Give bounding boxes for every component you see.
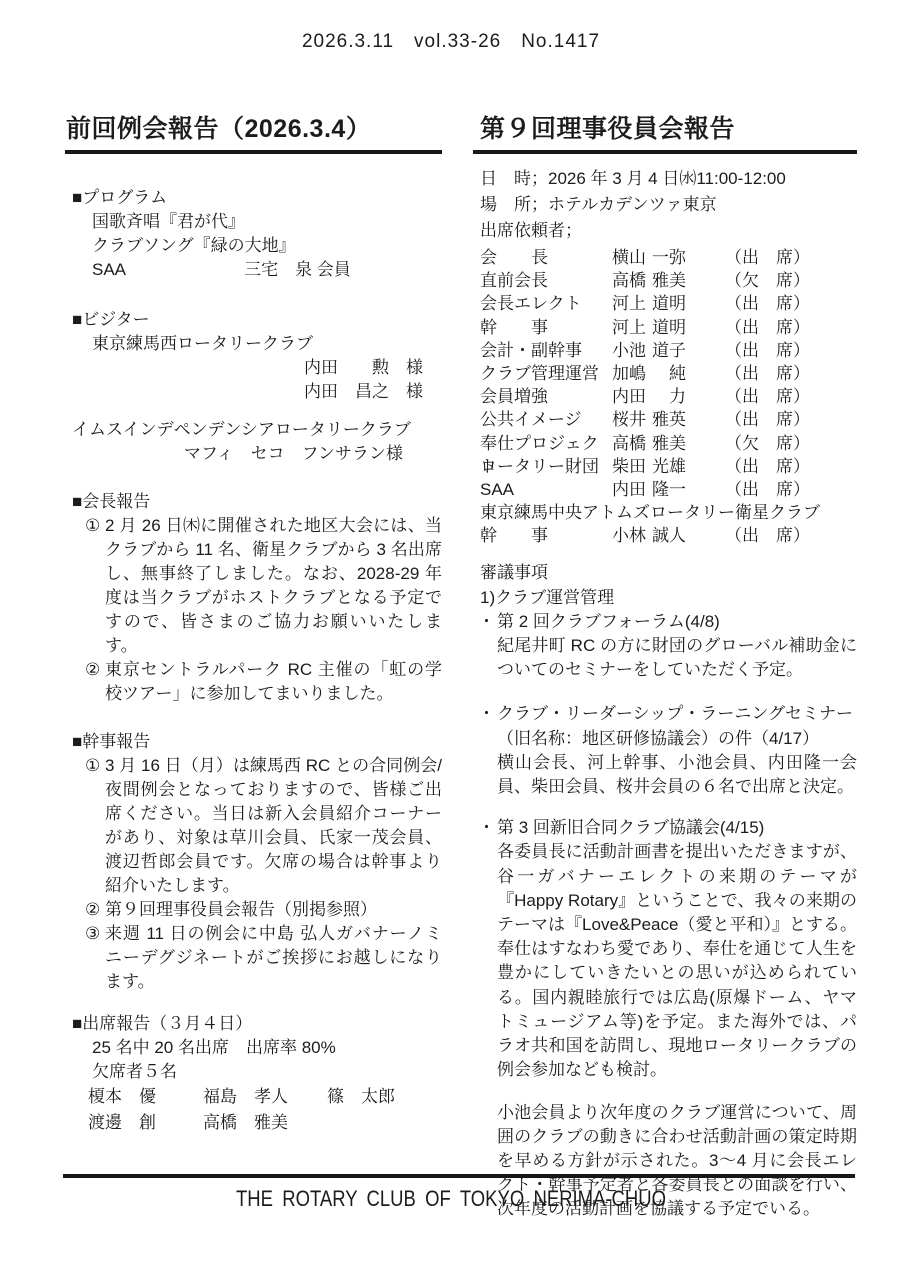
board-attendee-row: SAA 内田隆一 （出 席） [480,478,857,501]
attendee-name: 高橋雅美 [612,269,686,292]
visitor-guest: マフィ セコ フンサラン様 [65,442,442,466]
program-line: クラブソング『緑の大地』 [65,234,442,258]
attendee-status: （出 席） [725,385,857,408]
issue-date-line: 2026.3.11 vol.33-26 No.1417 [0,26,902,53]
board-attendee-row: 公共イメージ 桜井雅英 （出 席） [480,408,857,431]
secretary-report-items: ① 3 月 16 日（月）は練馬西 RC との合同例会/夜間例会となっております… [65,754,442,994]
footer-divider [63,1174,855,1178]
item-marker: ① [85,514,100,538]
visitor-guest: 内田 勲 様 [65,356,442,380]
attendee-status: （出 席） [725,524,857,547]
board-attendee-row: 奉仕プロジェクト 高橋雅美 （欠 席） [480,432,857,455]
attendee-family-name: 小林 [612,524,646,547]
agenda-item-body: 各委員長に活動計画書を提出いただきますが、谷一ガバナーエレクトの来期のテーマが『… [497,840,857,1082]
bullet-icon: ・ [478,610,495,634]
attendee-role: クラブ管理運営 [480,362,612,385]
visitor-club: イムスインデペンデンシアロータリークラブ [65,418,442,442]
item-marker: ② [85,898,100,922]
report-item: ③ 来週 11 日の例会に中島 弘人ガバナーノミニーデグジネートがご挨拶にお越し… [85,922,442,994]
attendee-name: 河上道明 [612,292,686,315]
absentee-row: 榎本 優 福島 孝人 篠 太郎 [65,1084,442,1110]
attendee-family-name: 河上 [612,292,646,315]
attendee-name: 小林誠人 [612,524,686,547]
attendee-given-name: 隆一 [652,478,686,501]
attendee-given-name: 道明 [652,316,686,339]
attendee-given-name: 誠人 [652,524,686,547]
attendee-name: 内田隆一 [612,478,686,501]
footer-club-name: THE ROTARY CLUB OF TOKYO NERIMA-CHUO [0,1186,902,1212]
meeting-info: 日 時；2026 年 3 月 4 日㈬11:00-12:00 場 所；ホテルカデ… [473,166,857,244]
absentee-name: 榎本 優 [88,1084,203,1110]
agenda-item: ・ 第 2 回クラブフォーラム(4/8) 紀尾井町 RC の方に財団のグローバル… [480,610,857,683]
attendee-family-name: 加嶋 [612,362,646,385]
attendee-given-name: 道明 [652,292,686,315]
attendee-status: （出 席） [725,455,857,478]
attendee-status: （出 席） [725,316,857,339]
agenda-item-body: 紀尾井町 RC の方に財団のグローバル補助金についてのセミナーをしていただく予定… [497,634,857,682]
attendee-role: 直前会長 [480,269,612,292]
program-heading: ■プログラム [65,186,442,210]
footer-club-name-text: THE ROTARY CLUB OF TOKYO NERIMA-CHUO [236,1186,666,1212]
attendee-family-name: 横山 [612,246,646,269]
absentee-name: 篠 太郎 [327,1084,442,1110]
report-item: ① 2 月 26 日㈭に開催された地区大会には、当クラブから 11 名、衛星クラ… [85,514,442,658]
agenda-heading: 審議事項 [480,561,857,585]
attendee-role: 会長エレクト [480,292,612,315]
agenda-subsection: 1)クラブ運営管理 [480,586,857,610]
attendee-role: 会計・副幹事 [480,339,612,362]
attendance-summary: 25 名中 20 名出席 出席率 80% [65,1036,442,1060]
attendee-role: 幹 事 [480,316,612,339]
attendee-given-name: 道子 [652,339,686,362]
attendee-family-name: 桜井 [612,408,646,431]
board-attendee-table: 会 長 横山一弥 （出 席） 直前会長 高橋雅美 （欠 席） 会長エレクト 河上… [473,246,857,547]
report-item: ② 第９回理事役員会報告（別掲参照） [85,898,442,922]
attendee-name: 河上道明 [612,316,686,339]
attendees-label: 出席依頼者； [480,218,857,244]
item-marker: ③ [85,922,100,946]
meeting-place: 場 所；ホテルカデンツァ東京 [480,192,857,218]
attendee-family-name: 小池 [612,339,646,362]
item-text: 来週 11 日の例会に中島 弘人ガバナーノミニーデグジネートがご挨拶にお越しにな… [105,924,442,991]
visitor-section: ■ビジター 東京練馬西ロータリークラブ 内田 勲 様 内田 昌之 様 イムスイン… [65,308,442,466]
attendee-name: 柴田光雄 [612,455,686,478]
attendee-role: 会 長 [480,246,612,269]
bullet-icon: ・ [478,702,495,726]
attendee-given-name: 力 [669,385,686,408]
attendee-status: （出 席） [725,339,857,362]
board-meeting-report-column: 第９回理事役員会報告 日 時；2026 年 3 月 4 日㈬11:00-12:0… [473,112,857,1222]
attendee-name: 加嶋純 [612,362,686,385]
satellite-club-name: 東京練馬中央アトムズロータリー衛星クラブ [480,501,857,524]
attendee-name: 内田力 [612,385,686,408]
agenda-item-title: クラブ・リーダーシップ・ラーニングセミナー（旧名称：地区研修協議会）の件（4/1… [497,702,857,750]
attendee-role: 公共イメージ [480,408,612,431]
board-attendee-row: 幹 事 小林誠人 （出 席） [480,524,857,547]
secretary-report-heading: ■幹事報告 [65,730,442,754]
board-attendee-row: 会 長 横山一弥 （出 席） [480,246,857,269]
attendee-role: 幹 事 [480,524,612,547]
item-text: 3 月 16 日（月）は練馬西 RC との合同例会/夜間例会となっておりますので… [105,756,442,895]
absentee-name: 渡邊 創 [88,1110,203,1136]
program-line: SAA 三宅 泉 会員 [65,258,442,282]
attendee-family-name: 内田 [612,385,646,408]
president-report-section: ■会長報告 ① 2 月 26 日㈭に開催された地区大会には、当クラブから 11 … [65,490,442,706]
attendee-given-name: 雅英 [652,408,686,431]
report-item: ① 3 月 16 日（月）は練馬西 RC との合同例会/夜間例会となっております… [85,754,442,898]
board-attendee-row: 幹 事 河上道明 （出 席） [480,316,857,339]
attendee-family-name: 高橋 [612,269,646,292]
absentee-name [327,1110,442,1136]
board-attendee-row: 会長エレクト 河上道明 （出 席） [480,292,857,315]
attendee-family-name: 柴田 [612,455,646,478]
attendee-family-name: 河上 [612,316,646,339]
visitor-guest: 内田 昌之 様 [65,380,442,404]
report-item: ② 東京セントラルパーク RC 主催の「虹の学校ツアー」に参加してまいりました。 [85,658,442,706]
meeting-datetime: 日 時；2026 年 3 月 4 日㈬11:00-12:00 [480,166,857,192]
absentee-name: 高橋 雅美 [203,1110,327,1136]
right-column-title: 第９回理事役員会報告 [473,112,857,154]
agenda-item: ・ クラブ・リーダーシップ・ラーニングセミナー（旧名称：地区研修協議会）の件（4… [480,702,857,799]
attendee-status: （出 席） [725,408,857,431]
agenda-item: ・ 第 3 回新旧合同クラブ協議会(4/15) 各委員長に活動計画書を提出いただ… [480,816,857,1082]
attendee-given-name: 雅美 [652,269,686,292]
program-section: ■プログラム 国歌斉唱『君が代』 クラブソング『緑の大地』 SAA 三宅 泉 会… [65,186,442,282]
attendee-status: （欠 席） [725,269,857,292]
absentee-row: 渡邊 創 高橋 雅美 [65,1110,442,1136]
agenda-item-title: 第 2 回クラブフォーラム(4/8) [497,610,857,634]
item-text: 東京セントラルパーク RC 主催の「虹の学校ツアー」に参加してまいりました。 [105,660,442,703]
attendee-given-name: 一弥 [652,246,686,269]
item-marker: ① [85,754,100,778]
visitor-heading: ■ビジター [65,308,442,332]
item-text: 第９回理事役員会報告（別掲参照） [105,900,377,919]
bullet-icon: ・ [478,816,495,840]
board-attendee-row: 会計・副幹事 小池道子 （出 席） [480,339,857,362]
attendee-status: （出 席） [725,362,857,385]
attendee-status: （出 席） [725,292,857,315]
absentee-name: 福島 孝人 [203,1084,327,1110]
agenda-item-title: 第 3 回新旧合同クラブ協議会(4/15) [497,816,857,840]
attendee-role: SAA [480,478,612,501]
attendee-role: ロータリー財団 [480,455,612,478]
attendee-role: 会員増強 [480,385,612,408]
newsletter-page: 2026.3.11 vol.33-26 No.1417 前回例会報告（2026.… [0,0,902,1280]
attendee-status: （出 席） [725,246,857,269]
visitor-club: 東京練馬西ロータリークラブ [65,332,442,356]
president-report-items: ① 2 月 26 日㈭に開催された地区大会には、当クラブから 11 名、衛星クラ… [65,514,442,706]
president-report-heading: ■会長報告 [65,490,442,514]
agenda-section: 審議事項 1)クラブ運営管理 ・ 第 2 回クラブフォーラム(4/8) 紀尾井町… [473,561,857,1221]
attendee-name: 桜井雅英 [612,408,686,431]
board-attendee-row: クラブ管理運営 加嶋純 （出 席） [480,362,857,385]
board-attendee-row: 直前会長 高橋雅美 （欠 席） [480,269,857,292]
board-attendee-row: ロータリー財団 柴田光雄 （出 席） [480,455,857,478]
attendee-name: 横山一弥 [612,246,686,269]
item-marker: ② [85,658,100,682]
attendance-absent-count: 欠席者５名 [65,1060,442,1084]
secretary-report-section: ■幹事報告 ① 3 月 16 日（月）は練馬西 RC との合同例会/夜間例会とな… [65,730,442,994]
attendee-status: （出 席） [725,478,857,501]
previous-meeting-report-column: 前回例会報告（2026.3.4） ■プログラム 国歌斉唱『君が代』 クラブソング… [65,112,442,1136]
attendee-given-name: 光雄 [652,455,686,478]
program-line: 国歌斉唱『君が代』 [65,210,442,234]
left-column-title: 前回例会報告（2026.3.4） [65,112,442,154]
attendance-section: ■出席報告（３月４日） 25 名中 20 名出席 出席率 80% 欠席者５名 榎… [65,1012,442,1136]
attendance-heading: ■出席報告（３月４日） [65,1012,442,1036]
attendee-family-name: 内田 [612,478,646,501]
agenda-item-body: 横山会長、河上幹事、小池会員、内田隆一会員、柴田会員、桜井会員の６名で出席と決定… [497,751,857,799]
board-attendee-row: 会員増強 内田力 （出 席） [480,385,857,408]
item-text: 2 月 26 日㈭に開催された地区大会には、当クラブから 11 名、衛星クラブか… [105,516,442,655]
attendee-given-name: 純 [669,362,686,385]
attendee-name: 小池道子 [612,339,686,362]
